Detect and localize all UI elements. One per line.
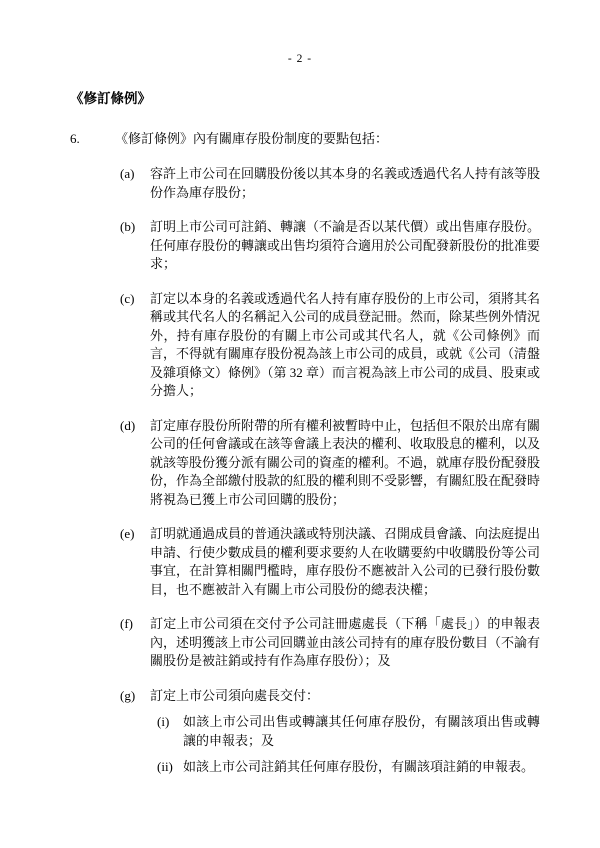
page-number: - 2 - (0, 50, 600, 69)
list-item-d: (d) 訂定庫存股份所附帶的所有權利被暫時中止，包括但不限於出席有關公司的任何會… (120, 417, 540, 510)
sub-list-item-text: 如該上市公司出售或轉讓其任何庫存股份，有關該項出售或轉讓的申報表；及 (183, 713, 540, 750)
sub-list-item-ii: (ii) 如該上市公司註銷其任何庫存股份，有關該項註銷的申報表。 (157, 758, 540, 777)
list-item-label: (b) (120, 218, 135, 237)
paragraph-6: 6. 《修訂條例》內有關庫存股份制度的要點包括： (70, 130, 540, 149)
section-heading: 《修訂條例》 (70, 90, 151, 109)
points-list: (a) 容許上市公司在回購股份後以其本身的名義或透過代名人持有該等股份作為庫存股… (120, 165, 540, 777)
list-item-text: 訂定上市公司須在交付予公司註冊處處長（下稱「處長」）的申報表內，述明獲該上市公司… (150, 615, 540, 671)
list-item-text: 訂明上市公司可註銷、轉讓（不論是否以某代價）或出售庫存股份。任何庫存股份的轉讓或… (150, 218, 540, 274)
list-item-label: (f) (120, 615, 133, 634)
list-item-label: (a) (120, 165, 134, 184)
sub-list-item-label: (ii) (157, 758, 173, 777)
paragraph-number: 6. (70, 130, 80, 149)
list-item-label: (g) (120, 687, 135, 706)
list-item-e: (e) 訂明就通過成員的普通決議或特別決議、召開成員會議、向法庭提出申請、行使少… (120, 525, 540, 599)
sub-list-item-label: (i) (157, 713, 169, 732)
sub-list-item-i: (i) 如該上市公司出售或轉讓其任何庫存股份，有關該項出售或轉讓的申報表；及 (157, 713, 540, 750)
list-item-b: (b) 訂明上市公司可註銷、轉讓（不論是否以某代價）或出售庫存股份。任何庫存股份… (120, 218, 540, 274)
list-item-c: (c) 訂定以本身的名義或透過代名人持有庫存股份的上市公司，須將其名稱或其代名人… (120, 290, 540, 401)
list-item-text: 訂定上市公司須向處長交付： (150, 687, 540, 706)
list-item-label: (e) (120, 525, 134, 544)
paragraph-intro: 《修訂條例》內有關庫存股份制度的要點包括： (115, 130, 540, 149)
sub-points-list: (i) 如該上市公司出售或轉讓其任何庫存股份，有關該項出售或轉讓的申報表；及 (… (150, 713, 540, 777)
list-item-g: (g) 訂定上市公司須向處長交付： (i) 如該上市公司出售或轉讓其任何庫存股份… (120, 687, 540, 777)
list-item-text: 訂定庫存股份所附帶的所有權利被暫時中止，包括但不限於出席有關公司的任何會議或在該… (150, 417, 540, 510)
list-item-text: 訂明就通過成員的普通決議或特別決議、召開成員會議、向法庭提出申請、行使少數成員的… (150, 525, 540, 599)
list-item-text: 容許上市公司在回購股份後以其本身的名義或透過代名人持有該等股份作為庫存股份； (150, 165, 540, 202)
list-item-label: (d) (120, 417, 135, 436)
sub-list-item-text: 如該上市公司註銷其任何庫存股份，有關該項註銷的申報表。 (183, 758, 540, 777)
list-item-f: (f) 訂定上市公司須在交付予公司註冊處處長（下稱「處長」）的申報表內，述明獲該… (120, 615, 540, 671)
list-item-text: 訂定以本身的名義或透過代名人持有庫存股份的上市公司，須將其名稱或其代名人的名稱記… (150, 290, 540, 401)
document-page: - 2 - 《修訂條例》 6. 《修訂條例》內有關庫存股份制度的要點包括： (a… (0, 0, 600, 848)
list-item-label: (c) (120, 290, 134, 309)
list-item-a: (a) 容許上市公司在回購股份後以其本身的名義或透過代名人持有該等股份作為庫存股… (120, 165, 540, 202)
